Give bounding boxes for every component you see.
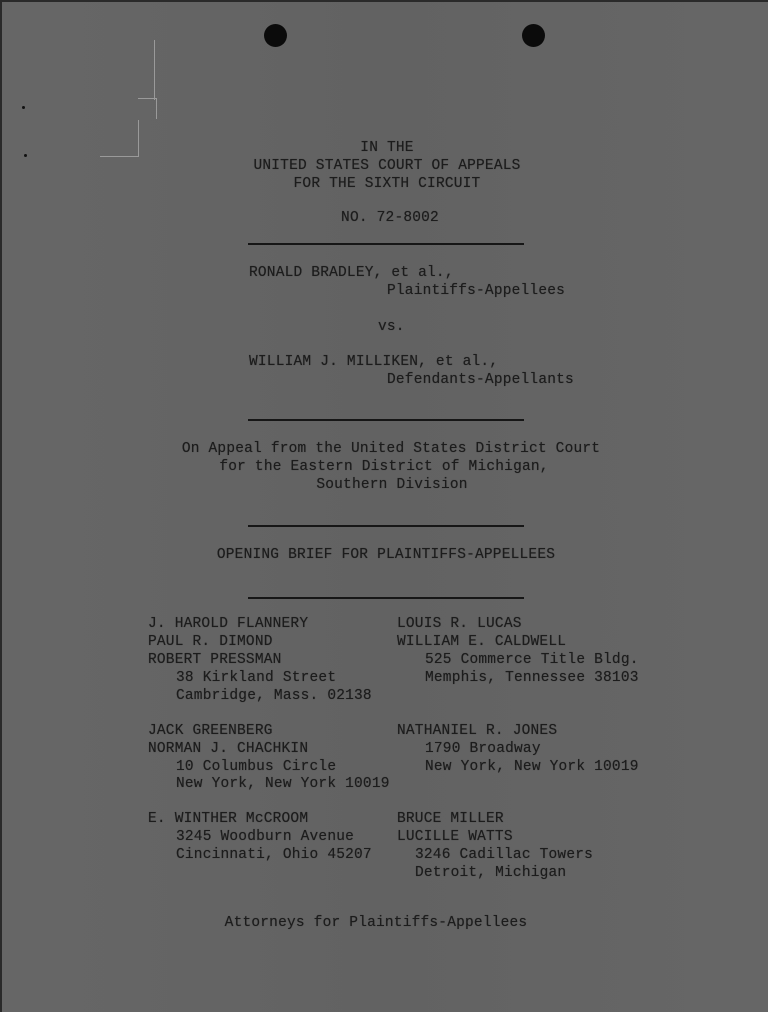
attorney-name: ROBERT PRESSMAN (148, 651, 282, 669)
punch-hole-right (522, 24, 545, 47)
attorney-address: Cincinnati, Ohio 45207 (176, 846, 372, 864)
punch-hole-left (264, 24, 287, 47)
divider-rule (248, 419, 524, 421)
tape-residue (100, 120, 139, 157)
case-number: NO. 72-8002 (341, 209, 439, 227)
defendant-role: Defendants-Appellants (387, 371, 574, 389)
versus-label: vs. (378, 318, 405, 336)
document-page: IN THE UNITED STATES COURT OF APPEALS FO… (0, 0, 768, 1012)
attorney-address: New York, New York 10019 (176, 775, 390, 793)
attorney-address: 38 Kirkland Street (176, 669, 336, 687)
attorney-name: LOUIS R. LUCAS (397, 615, 522, 633)
attorney-name: WILLIAM E. CALDWELL (397, 633, 566, 651)
attorney-address: 3246 Cadillac Towers (415, 846, 593, 864)
attorney-address: 3245 Woodburn Avenue (176, 828, 354, 846)
attorney-name: J. HAROLD FLANNERY (148, 615, 308, 633)
divider-rule (248, 597, 524, 599)
tape-residue (138, 40, 155, 100)
attorney-name: BRUCE MILLER (397, 810, 504, 828)
brief-title: OPENING BRIEF FOR PLAINTIFFS-APPELLEES (217, 546, 555, 564)
attorney-name: LUCILLE WATTS (397, 828, 513, 846)
attorney-name: E. WINTHER McCROOM (148, 810, 308, 828)
divider-rule (248, 525, 524, 527)
attorney-address: Detroit, Michigan (415, 864, 566, 882)
plaintiff-role: Plaintiffs-Appellees (387, 282, 565, 300)
appeal-from-line2: for the Eastern District of Michigan, (219, 458, 548, 476)
attorney-address: 525 Commerce Title Bldg. (425, 651, 639, 669)
attorney-address: 10 Columbus Circle (176, 758, 336, 776)
attorney-address: Cambridge, Mass. 02138 (176, 687, 372, 705)
attorney-name: JACK GREENBERG (148, 722, 273, 740)
appeal-from-line3: Southern Division (316, 476, 467, 494)
tape-residue (138, 98, 157, 119)
attorney-address: Memphis, Tennessee 38103 (425, 669, 639, 687)
attorney-address: 1790 Broadway (425, 740, 541, 758)
court-heading-line3: FOR THE SIXTH CIRCUIT (294, 175, 481, 193)
attorneys-for-label: Attorneys for Plaintiffs-Appellees (225, 914, 528, 932)
speck (24, 154, 27, 157)
appeal-from-line1: On Appeal from the United States Distric… (182, 440, 600, 458)
divider-rule (248, 243, 524, 245)
defendant-name: WILLIAM J. MILLIKEN, et al., (249, 353, 498, 371)
court-heading-line2: UNITED STATES COURT OF APPEALS (253, 157, 520, 175)
plaintiff-name: RONALD BRADLEY, et al., (249, 264, 454, 282)
court-heading-line1: IN THE (360, 139, 413, 157)
speck (22, 106, 25, 109)
attorney-address: New York, New York 10019 (425, 758, 639, 776)
attorney-name: NATHANIEL R. JONES (397, 722, 557, 740)
attorney-name: PAUL R. DIMOND (148, 633, 273, 651)
attorney-name: NORMAN J. CHACHKIN (148, 740, 308, 758)
